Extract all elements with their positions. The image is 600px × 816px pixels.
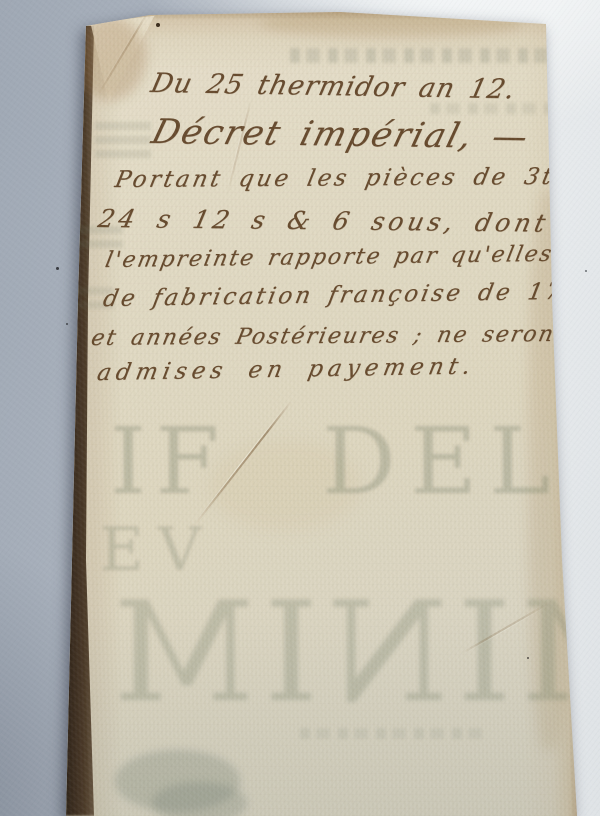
stain-center — [210, 440, 360, 530]
manuscript-line: Du 25 thermidor an 12. — [148, 68, 519, 105]
show-through-letters: EL — [410, 408, 562, 515]
manuscript-paper: IF D EL EV MINIM S Du 25 thermidor an 12… — [60, 10, 580, 816]
photo-backdrop-table-surface: IF D EL EV MINIM S Du 25 thermidor an 12… — [0, 0, 600, 816]
manuscript-line: de fabrication françoise de 1726, — [101, 278, 600, 312]
dust-speck — [585, 270, 587, 272]
manuscript-line: Portant que les pièces de 3tt de — [113, 163, 600, 193]
stain-top-edge — [260, 10, 522, 38]
manuscript-line: l'empreinte rapporte par qu'elles sont — [103, 241, 600, 273]
stain-smudge-bottom-left-2 — [152, 782, 247, 816]
manuscript-paper-wrap: IF D EL EV MINIM S Du 25 thermidor an 12… — [60, 10, 580, 816]
show-through-letters-row2: EV — [100, 515, 215, 585]
crease-line-main — [194, 401, 292, 526]
show-through-print-band — [300, 728, 490, 739]
dust-speck — [66, 323, 68, 325]
show-through-letters-row3-mirrored: MINIM S — [90, 572, 600, 733]
show-through-print-band — [95, 118, 151, 158]
stain-right-edge — [528, 190, 570, 750]
manuscript-line: et années Postérieures ; ne seront plus — [89, 321, 600, 351]
stain-smudge-bottom-left — [115, 750, 240, 812]
dust-speck — [56, 267, 59, 270]
crease-line-bottom-right — [462, 603, 549, 654]
manuscript-line: 24 s 12 s & 6 sous, dont — — [96, 204, 600, 238]
dust-speck — [156, 23, 160, 27]
paper-left-edge-shadow — [60, 10, 106, 816]
manuscript-line: admises en payement. — [95, 353, 478, 386]
show-through-letters: D — [322, 408, 396, 515]
show-through-letters: IF — [110, 408, 228, 515]
manuscript-line: Décret impérial, — — [147, 112, 534, 157]
show-through-print-band — [290, 48, 580, 63]
dust-speck — [527, 657, 529, 659]
